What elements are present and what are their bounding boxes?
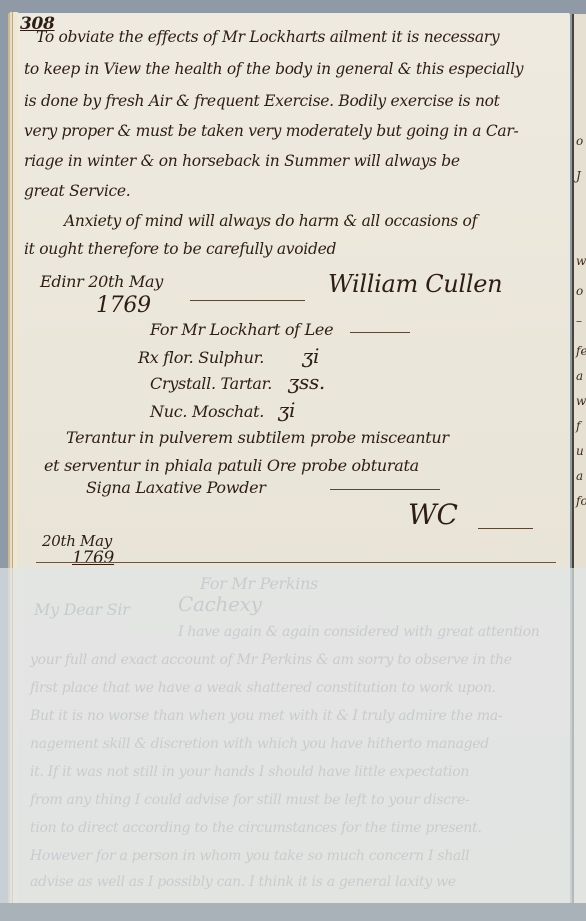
entry-line: great Service. <box>24 182 130 200</box>
entry-line: To obviate the effects of Mr Lockharts a… <box>36 28 499 46</box>
prescription-heading: For Mr Lockhart of Lee <box>150 320 333 339</box>
scan-backdrop-bottom <box>0 903 586 921</box>
place-date: Edinr 20th May <box>40 272 163 291</box>
entry-line: very proper & must be taken very moderat… <box>24 122 518 140</box>
separator-stroke <box>350 332 410 333</box>
prescription-year: 1769 <box>72 548 114 568</box>
separator-stroke <box>478 528 533 529</box>
entry-divider <box>36 562 556 563</box>
prescription-dose: ʒss. <box>288 370 325 394</box>
prescription-initials: WC <box>408 498 458 531</box>
prescription-ingredient: Nuc. Moschat. <box>150 402 264 421</box>
prescription-dose: ʒi <box>302 344 319 368</box>
margin-fragment: J <box>576 169 581 183</box>
translucent-overlay <box>0 568 586 921</box>
margin-fragment: – <box>576 314 582 328</box>
entry-line: riage in winter & on horseback in Summer… <box>24 152 460 170</box>
entry-line: Anxiety of mind will always do harm & al… <box>64 212 477 230</box>
manuscript-scan: o J w o – fe a w f u a fo 308 To obviate… <box>0 0 586 921</box>
margin-fragment: f <box>576 419 580 433</box>
entry-line: is done by fresh Air & frequent Exercise… <box>24 92 500 110</box>
margin-fragment: o <box>576 134 583 148</box>
margin-fragment: fo <box>576 494 586 508</box>
margin-fragment: fe <box>576 344 586 358</box>
margin-fragment: a <box>576 469 583 483</box>
margin-fragment: w <box>576 394 586 408</box>
prescription-directions: Terantur in pulverem subtilem probe misc… <box>66 428 449 447</box>
margin-fragment: w <box>576 254 586 268</box>
entry-year: 1769 <box>96 293 151 318</box>
prescription-dose: ʒi <box>278 398 295 422</box>
margin-fragment: a <box>576 369 583 383</box>
separator-stroke <box>190 300 305 301</box>
scan-backdrop <box>0 0 586 14</box>
margin-fragment: o <box>576 284 583 298</box>
signature: William Cullen <box>328 270 502 298</box>
prescription-ingredient: Crystall. Tartar. <box>150 374 272 393</box>
separator-stroke <box>330 489 440 490</box>
prescription-directions: et serventur in phiala patuli Ore probe … <box>44 456 419 475</box>
prescription-ingredient: Rx flor. Sulphur. <box>138 348 264 367</box>
entry-line: to keep in View the health of the body i… <box>24 60 523 78</box>
entry-line: it ought therefore to be carefully avoid… <box>24 240 336 258</box>
margin-fragment: u <box>576 444 584 458</box>
prescription-signa: Signa Laxative Powder <box>86 478 266 497</box>
